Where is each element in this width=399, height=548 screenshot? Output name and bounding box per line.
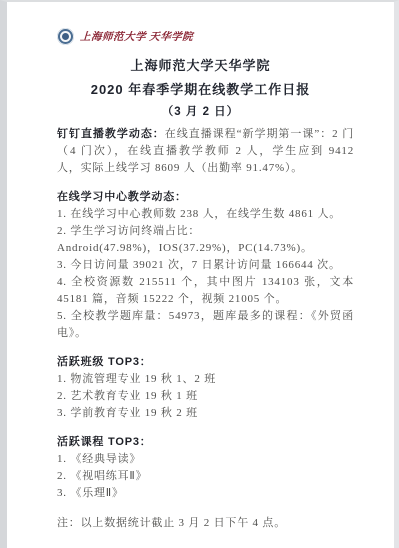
active-classes-heading: 活跃班级 TOP3： (57, 354, 354, 371)
learning-line-4: 3. 今日访问量 39021 次，7 日累计访问量 166644 次。 (57, 257, 354, 274)
active-courses-heading: 活跃课程 TOP3： (57, 434, 354, 451)
statistics-note: 注：以上数据统计截止 3 月 2 日下午 4 点。 (57, 515, 354, 532)
learning-line-6: 5. 全校教学题库量：54973，题库最多的课程：《外贸函电》。 (57, 308, 354, 342)
active-class-1: 1. 物流管理专业 19 秋 1、2 班 (57, 371, 354, 388)
dingtalk-live-paragraph: 钉钉直播教学动态：在线直播课程“新学期第一课”：2 门（4 门次），在线直播教学… (57, 126, 354, 177)
section-active-classes: 活跃班级 TOP3： 1. 物流管理专业 19 秋 1、2 班 2. 艺术教育专… (57, 354, 354, 422)
online-learning-center-heading: 在线学习中心教学动态： (57, 189, 354, 206)
logo-row: 上海师范大学 天华学院 (57, 27, 394, 45)
document-title-line2: 2020 年春季学期在线教学工作日报 (7, 78, 394, 102)
learning-line-1: 1. 在线学习中心教师数 238 人，在线学生数 4861 人。 (57, 206, 354, 223)
document-date-line: （3 月 2 日） (7, 102, 394, 123)
university-brand-text: 上海师范大学 天华学院 (80, 29, 194, 44)
section-active-courses: 活跃课程 TOP3： 1. 《经典导读》 2. 《视唱练耳Ⅱ》 3. 《乐理Ⅱ》 (57, 434, 354, 502)
university-seal-ring (60, 31, 71, 42)
learning-line-5: 4. 全校资源数 215511 个，其中图片 134103 张，文本 45181… (57, 274, 354, 308)
active-class-3: 3. 学前教育专业 19 秋 2 班 (57, 405, 354, 422)
active-course-3: 3. 《乐理Ⅱ》 (57, 485, 354, 502)
document-header: 上海师范大学天华学院 2020 年春季学期在线教学工作日报 （3 月 2 日） (7, 54, 394, 123)
section-online-learning-center: 在线学习中心教学动态： 1. 在线学习中心教师数 238 人，在线学生数 486… (57, 189, 354, 342)
document-body: 钉钉直播教学动态：在线直播课程“新学期第一课”：2 门（4 门次），在线直播教学… (7, 123, 394, 532)
university-seal-icon (57, 28, 74, 45)
university-seal-core (62, 33, 69, 40)
active-course-2: 2. 《视唱练耳Ⅱ》 (57, 468, 354, 485)
document-title-line1: 上海师范大学天华学院 (7, 54, 394, 78)
active-class-2: 2. 艺术教育专业 19 秋 1 班 (57, 388, 354, 405)
learning-line-3: Android(47.98%)，IOS(37.29%)，PC(14.73%)。 (57, 240, 354, 257)
dingtalk-live-label: 钉钉直播教学动态： (57, 128, 165, 140)
learning-line-2: 2. 学生学习访问终端占比： (57, 223, 354, 240)
active-course-1: 1. 《经典导读》 (57, 451, 354, 468)
document-page: 上海师范大学 天华学院 上海师范大学天华学院 2020 年春季学期在线教学工作日… (0, 0, 399, 548)
